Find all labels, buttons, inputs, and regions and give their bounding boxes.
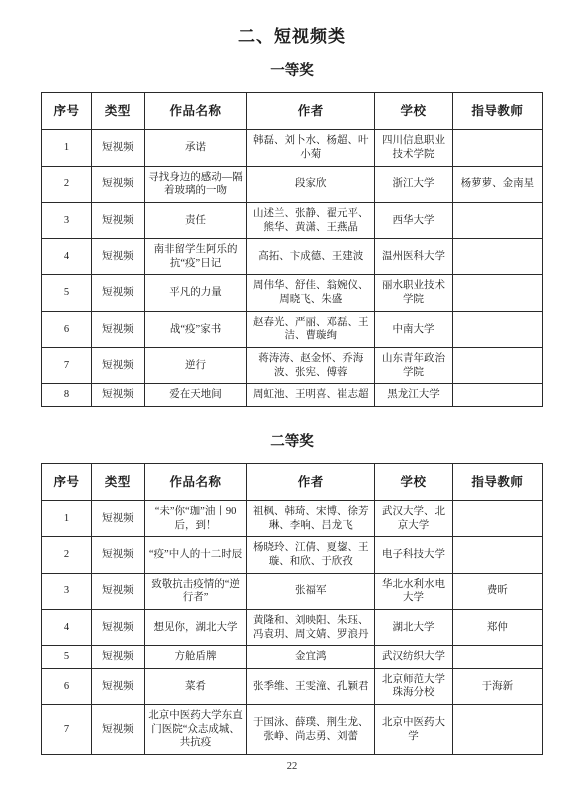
table-body: 1短视频“未”你“珈”油丨90后，到！祖枫、韩琦、宋博、徐芳琳、李响、吕龙飞武汉…: [42, 501, 543, 755]
award-table: 序号类型作品名称作者学校指导教师 1短视频承诺韩磊、刘卜水、杨超、叶小菊四川信息…: [41, 92, 543, 407]
cell-advisor: [452, 275, 542, 311]
cell-school: 北京师范大学珠海分校: [375, 668, 453, 704]
cell-school: 武汉纺织大学: [375, 646, 453, 669]
cell-work-title: 责任: [144, 202, 247, 238]
table-header-row: 序号类型作品名称作者学校指导教师: [42, 463, 543, 500]
table-row: 6短视频菜肴张季维、王雯潼、孔颖君北京师范大学珠海分校于海新: [42, 668, 543, 704]
cell-advisor: [452, 705, 542, 755]
table-row: 2短视频“疫”中人的十二时辰杨晓玲、江倩、夏鋆、王璇、和欣、于欣孜电子科技大学: [42, 537, 543, 573]
cell-advisor: [452, 311, 542, 347]
cell-serial-number: 6: [42, 311, 92, 347]
cell-authors: 周虹池、王明喜、崔志超: [247, 384, 375, 407]
cell-authors: 周伟华、舒佳、翁婉仪、周晓飞、朱盛: [247, 275, 375, 311]
cell-work-title: 寻找身边的感动—隔着玻璃的一吻: [144, 166, 247, 202]
column-header-advisor: 指导教师: [452, 93, 542, 130]
cell-serial-number: 5: [42, 275, 92, 311]
cell-advisor: [452, 646, 542, 669]
cell-school: 浙江大学: [375, 166, 453, 202]
cell-school: 山东青年政治学院: [375, 348, 453, 384]
column-header-type: 类型: [92, 463, 145, 500]
cell-advisor: 于海新: [452, 668, 542, 704]
cell-serial-number: 4: [42, 239, 92, 275]
table-row: 5短视频方舱盾牌金宜鸿武汉纺织大学: [42, 646, 543, 669]
cell-serial-number: 7: [42, 348, 92, 384]
cell-work-title: 承诺: [144, 130, 247, 166]
cell-authors: 韩磊、刘卜水、杨超、叶小菊: [247, 130, 375, 166]
table-row: 6短视频战“疫”家书赵春光、严丽、邓磊、王洁、曹璇绚中南大学: [42, 311, 543, 347]
cell-school: 中南大学: [375, 311, 453, 347]
cell-type: 短视频: [92, 668, 145, 704]
cell-work-title: “疫”中人的十二时辰: [144, 537, 247, 573]
cell-authors: 杨晓玲、江倩、夏鋆、王璇、和欣、于欣孜: [247, 537, 375, 573]
cell-work-title: 菜肴: [144, 668, 247, 704]
column-header-work-title: 作品名称: [144, 463, 247, 500]
cell-serial-number: 8: [42, 384, 92, 407]
cell-work-title: 战“疫”家书: [144, 311, 247, 347]
table-row: 1短视频“未”你“珈”油丨90后，到！祖枫、韩琦、宋博、徐芳琳、李响、吕龙飞武汉…: [42, 501, 543, 537]
cell-school: 温州医科大学: [375, 239, 453, 275]
cell-type: 短视频: [92, 202, 145, 238]
cell-advisor: 郑仲: [452, 609, 542, 645]
cell-advisor: [452, 348, 542, 384]
cell-work-title: 北京中医药大学东直门医院“众志成城、共抗疫: [144, 705, 247, 755]
column-header-advisor: 指导教师: [452, 463, 542, 500]
cell-work-title: 逆行: [144, 348, 247, 384]
award-section: 二等奖 序号类型作品名称作者学校指导教师 1短视频“未”你“珈”油丨90后，到！…: [0, 433, 584, 755]
cell-work-title: 致敬抗击疫情的“逆行者”: [144, 573, 247, 609]
cell-work-title: 想见你，湖北大学: [144, 609, 247, 645]
cell-school: 北京中医药大学: [375, 705, 453, 755]
cell-type: 短视频: [92, 501, 145, 537]
table-row: 3短视频责任山述兰、张静、翟元平、熊华、黄潇、王燕晶西华大学: [42, 202, 543, 238]
cell-authors: 段家欣: [247, 166, 375, 202]
column-header-work-title: 作品名称: [144, 93, 247, 130]
table-row: 5短视频平凡的力量周伟华、舒佳、翁婉仪、周晓飞、朱盛丽水职业技术学院: [42, 275, 543, 311]
cell-authors: 于国泳、薛璞、荆生龙、张峥、尚志勇、刘蕾: [247, 705, 375, 755]
table-header-row: 序号类型作品名称作者学校指导教师: [42, 93, 543, 130]
award-title: 二等奖: [0, 433, 584, 452]
cell-school: 武汉大学、北京大学: [375, 501, 453, 537]
cell-school: 湖北大学: [375, 609, 453, 645]
cell-serial-number: 1: [42, 501, 92, 537]
cell-serial-number: 7: [42, 705, 92, 755]
cell-work-title: 方舱盾牌: [144, 646, 247, 669]
cell-school: 四川信息职业技术学院: [375, 130, 453, 166]
cell-type: 短视频: [92, 239, 145, 275]
cell-serial-number: 2: [42, 537, 92, 573]
table-body: 1短视频承诺韩磊、刘卜水、杨超、叶小菊四川信息职业技术学院2短视频寻找身边的感动…: [42, 130, 543, 407]
cell-work-title: 爱在天地间: [144, 384, 247, 407]
cell-type: 短视频: [92, 537, 145, 573]
award-section: 一等奖 序号类型作品名称作者学校指导教师 1短视频承诺韩磊、刘卜水、杨超、叶小菊…: [0, 62, 584, 407]
cell-authors: 黄隆和、刘映阳、朱珏、冯袁玥、周文婧、罗浪丹: [247, 609, 375, 645]
cell-authors: 蒋涛涛、赵金怀、乔海波、张宪、傅蓉: [247, 348, 375, 384]
cell-type: 短视频: [92, 130, 145, 166]
column-header-authors: 作者: [247, 93, 375, 130]
table-row: 3短视频致敬抗击疫情的“逆行者”张福军华北水利水电大学费昕: [42, 573, 543, 609]
section-title: 二、短视频类: [0, 26, 584, 47]
table-row: 8短视频爱在天地间周虹池、王明喜、崔志超黑龙江大学: [42, 384, 543, 407]
table-row: 7短视频逆行蒋涛涛、赵金怀、乔海波、张宪、傅蓉山东青年政治学院: [42, 348, 543, 384]
cell-serial-number: 1: [42, 130, 92, 166]
table-row: 7短视频北京中医药大学东直门医院“众志成城、共抗疫于国泳、薛璞、荆生龙、张峥、尚…: [42, 705, 543, 755]
cell-type: 短视频: [92, 311, 145, 347]
cell-serial-number: 5: [42, 646, 92, 669]
cell-school: 电子科技大学: [375, 537, 453, 573]
cell-advisor: [452, 384, 542, 407]
column-header-type: 类型: [92, 93, 145, 130]
cell-authors: 张福军: [247, 573, 375, 609]
awards-container: 一等奖 序号类型作品名称作者学校指导教师 1短视频承诺韩磊、刘卜水、杨超、叶小菊…: [0, 62, 584, 755]
column-header-serial-number: 序号: [42, 93, 92, 130]
table-row: 1短视频承诺韩磊、刘卜水、杨超、叶小菊四川信息职业技术学院: [42, 130, 543, 166]
column-header-authors: 作者: [247, 463, 375, 500]
column-header-school: 学校: [375, 93, 453, 130]
table-row: 4短视频想见你，湖北大学黄隆和、刘映阳、朱珏、冯袁玥、周文婧、罗浪丹湖北大学郑仲: [42, 609, 543, 645]
cell-school: 华北水利水电大学: [375, 573, 453, 609]
cell-type: 短视频: [92, 348, 145, 384]
table-row: 2短视频寻找身边的感动—隔着玻璃的一吻段家欣浙江大学杨萝萝、金南星: [42, 166, 543, 202]
cell-serial-number: 4: [42, 609, 92, 645]
cell-advisor: [452, 537, 542, 573]
cell-authors: 赵春光、严丽、邓磊、王洁、曹璇绚: [247, 311, 375, 347]
cell-authors: 山述兰、张静、翟元平、熊华、黄潇、王燕晶: [247, 202, 375, 238]
cell-type: 短视频: [92, 609, 145, 645]
award-table: 序号类型作品名称作者学校指导教师 1短视频“未”你“珈”油丨90后，到！祖枫、韩…: [41, 463, 543, 755]
award-title: 一等奖: [0, 62, 584, 81]
cell-work-title: “未”你“珈”油丨90后，到！: [144, 501, 247, 537]
cell-authors: 张季维、王雯潼、孔颖君: [247, 668, 375, 704]
document-page: 二、短视频类 一等奖 序号类型作品名称作者学校指导教师 1短视频承诺韩磊、刘卜水…: [0, 0, 584, 801]
page-number: 22: [0, 761, 584, 772]
cell-type: 短视频: [92, 646, 145, 669]
cell-authors: 祖枫、韩琦、宋博、徐芳琳、李响、吕龙飞: [247, 501, 375, 537]
cell-type: 短视频: [92, 573, 145, 609]
cell-authors: 金宜鸿: [247, 646, 375, 669]
cell-school: 黑龙江大学: [375, 384, 453, 407]
cell-type: 短视频: [92, 166, 145, 202]
cell-advisor: [452, 130, 542, 166]
cell-work-title: 南非留学生阿乐的抗“疫”日记: [144, 239, 247, 275]
cell-serial-number: 2: [42, 166, 92, 202]
column-header-serial-number: 序号: [42, 463, 92, 500]
cell-school: 丽水职业技术学院: [375, 275, 453, 311]
cell-serial-number: 3: [42, 202, 92, 238]
cell-advisor: [452, 501, 542, 537]
cell-type: 短视频: [92, 705, 145, 755]
cell-serial-number: 3: [42, 573, 92, 609]
cell-type: 短视频: [92, 384, 145, 407]
cell-advisor: [452, 239, 542, 275]
cell-advisor: 杨萝萝、金南星: [452, 166, 542, 202]
cell-type: 短视频: [92, 275, 145, 311]
cell-advisor: 费昕: [452, 573, 542, 609]
table-row: 4短视频南非留学生阿乐的抗“疫”日记高拓、卞成德、王建波温州医科大学: [42, 239, 543, 275]
cell-advisor: [452, 202, 542, 238]
column-header-school: 学校: [375, 463, 453, 500]
cell-authors: 高拓、卞成德、王建波: [247, 239, 375, 275]
cell-school: 西华大学: [375, 202, 453, 238]
cell-serial-number: 6: [42, 668, 92, 704]
cell-work-title: 平凡的力量: [144, 275, 247, 311]
